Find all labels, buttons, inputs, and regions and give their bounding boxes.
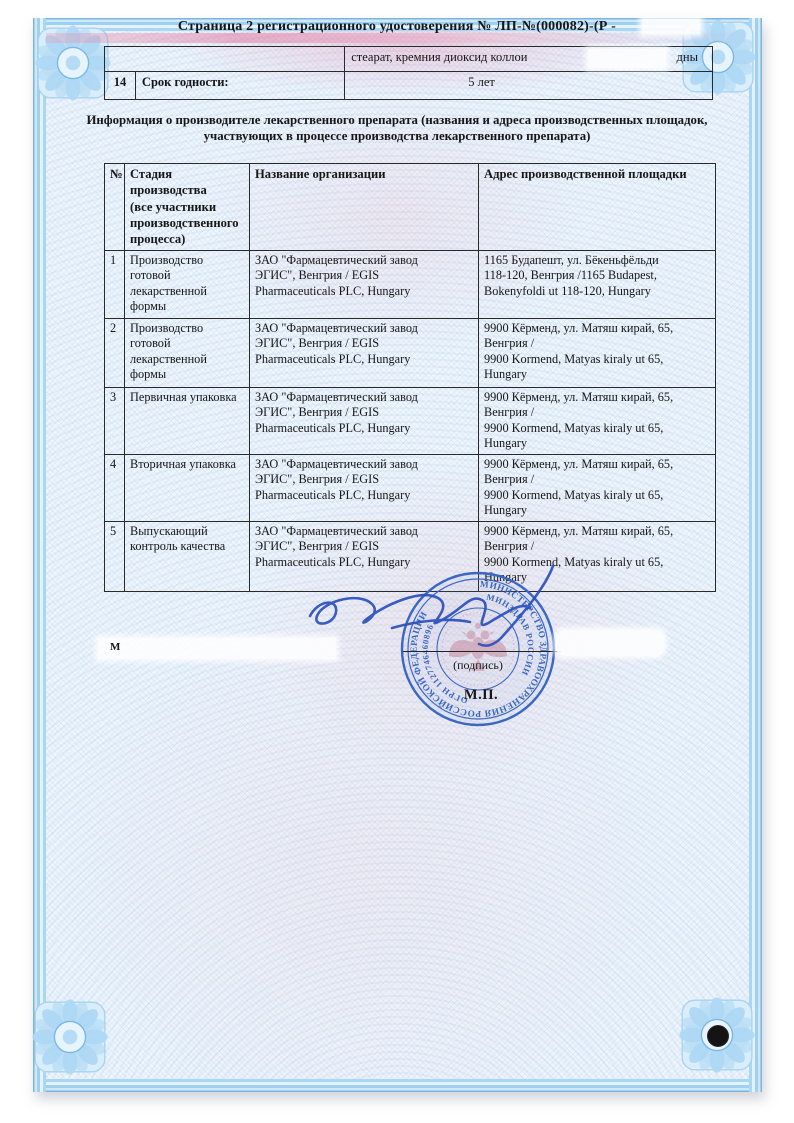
cell-org: ЗАО "Фармацевтический завод ЭГИС", Венгр… <box>250 454 479 521</box>
pink-guilloche-stripe <box>46 33 746 43</box>
cell-org: ЗАО "Фармацевтический завод ЭГИС", Венгр… <box>250 387 479 454</box>
cell-num: 4 <box>105 454 125 521</box>
redaction-box <box>642 19 700 34</box>
redaction-box <box>588 49 666 68</box>
table-row: 4 Вторичная упаковка ЗАО "Фармацевтическ… <box>105 454 716 521</box>
cell-address: 9900 Кёрменд, ул. Матяш кирай, 65, Венгр… <box>479 387 716 454</box>
col-header-num: № <box>105 164 125 251</box>
cell-stage: Выпускающий контроль качества <box>125 521 250 591</box>
corner-rosette-icon <box>15 982 125 1092</box>
table-header-row: № Стадия производства (все участники про… <box>105 164 716 251</box>
cell-num: 1 <box>105 250 125 318</box>
shelf-life-value: 5 лет <box>345 72 712 99</box>
certificate-page: Страница 2 регистрационного удостоверени… <box>0 0 794 1123</box>
signature-line <box>403 651 561 652</box>
manufacturer-table: № Стадия производства (все участники про… <box>104 163 716 592</box>
col-header-stage: Стадия производства (все участники произ… <box>125 164 250 251</box>
cell-stage: Первичная упаковка <box>125 387 250 454</box>
seal-place-abbreviation: М.П. <box>448 687 514 704</box>
shelf-life-label: Срок годности: <box>136 72 345 99</box>
cell-address: 1165 Будапешт, ул. Бёкеньфёльди 118-120,… <box>479 250 716 318</box>
border-band-bottom <box>33 1079 762 1092</box>
border-band-left <box>33 18 46 1092</box>
row-number-cell: 14 <box>105 72 136 99</box>
excipients-text: стеарат, кремния диоксид коллои <box>351 50 527 68</box>
excipients-text-fragment: дны <box>677 50 706 68</box>
cell-num: 2 <box>105 318 125 387</box>
cell-stage: Производство готовой лекарственной формы <box>125 250 250 318</box>
redaction-box <box>98 638 336 659</box>
table-row: 2 Производство готовой лекарственной фор… <box>105 318 716 387</box>
cell-stage: Производство готовой лекарственной формы <box>125 318 250 387</box>
manufacturer-info-heading: Информация о производителе лекарственног… <box>72 112 722 144</box>
cell-org: ЗАО "Фармацевтический завод ЭГИС", Венгр… <box>250 250 479 318</box>
signature-caption: (подпись) <box>428 658 528 673</box>
hole-punch-dot <box>707 1025 729 1047</box>
col-header-org: Название организации <box>250 164 479 251</box>
table-row: 14 Срок годности: 5 лет <box>104 72 713 100</box>
empty-cell <box>105 47 345 71</box>
cell-org: ЗАО "Фармацевтический завод ЭГИС", Венгр… <box>250 318 479 387</box>
cell-address: 9900 Кёрменд, ул. Матяш кирай, 65, Венгр… <box>479 318 716 387</box>
col-header-address: Адрес производственной площадки <box>479 164 716 251</box>
redaction-box <box>556 630 664 656</box>
cell-address: 9900 Кёрменд, ул. Матяш кирай, 65, Венгр… <box>479 454 716 521</box>
border-band-right <box>749 18 762 1092</box>
table-row: 1 Производство готовой лекарственной фор… <box>105 250 716 318</box>
cell-num: 5 <box>105 521 125 591</box>
table-row: 3 Первичная упаковка ЗАО "Фармацевтическ… <box>105 387 716 454</box>
left-margin-mark: М <box>110 641 120 653</box>
cell-num: 3 <box>105 387 125 454</box>
cell-stage: Вторичная упаковка <box>125 454 250 521</box>
